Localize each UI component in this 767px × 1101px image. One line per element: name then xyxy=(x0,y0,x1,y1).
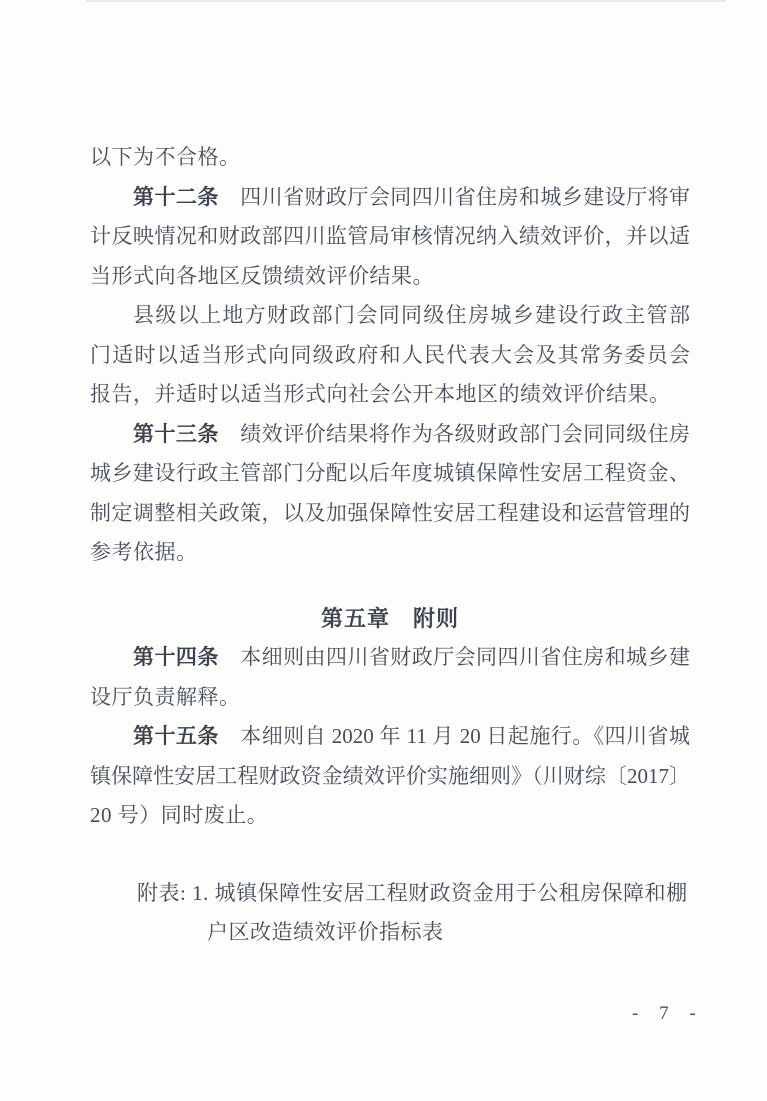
article-number: 第十二条 xyxy=(133,186,219,209)
article-number: 第十五条 xyxy=(133,725,219,748)
text-line: 第十二条 四川省财政厅会同四川省住房和城乡建设厅将审 xyxy=(90,178,690,218)
text-line: 镇保障性安居工程财政资金绩效评价实施细则》（川财综〔2017〕 xyxy=(90,757,690,797)
article-number: 第十三条 xyxy=(133,423,219,446)
text-line: 设厅负责解释。 xyxy=(90,678,690,718)
text-line: 城乡建设行政主管部门分配以后年度城镇保障性安居工程资金、 xyxy=(90,454,690,494)
article-number: 第十四条 xyxy=(133,646,219,669)
text-line: 20 号）同时废止。 xyxy=(90,796,690,836)
chapter-heading: 第五章 附则 xyxy=(90,599,690,639)
document-page: 以下为不合格。第十二条 四川省财政厅会同四川省住房和城乡建设厅将审计反映情况和财… xyxy=(0,0,767,1101)
text-line: 第十四条 本细则由四川省财政厅会同四川省住房和城乡建 xyxy=(90,638,690,678)
text-line: 当形式向各地区反馈绩效评价结果。 xyxy=(90,257,690,297)
text-line: 第十五条 本细则自 2020 年 11 月 20 日起施行。《四川省城 xyxy=(90,717,690,757)
text-line: 户区改造绩效评价指标表 xyxy=(207,913,690,953)
scan-edge-artifact xyxy=(86,0,726,2)
text-line: 制定调整相关政策，以及加强保障性安居工程建设和运营管理的 xyxy=(90,494,690,534)
text-line: 附表: 1. 城镇保障性安居工程财政资金用于公租房保障和棚 xyxy=(137,874,690,914)
page-number: - 7 - xyxy=(632,1003,704,1025)
text-line: 门适时以适当形式向同级政府和人民代表大会及其常务委员会 xyxy=(90,336,690,376)
text-line: 计反映情况和财政部四川监管局审核情况纳入绩效评价，并以适 xyxy=(90,217,690,257)
text-line: 报告，并适时以适当形式向社会公开本地区的绩效评价结果。 xyxy=(90,375,690,415)
text-line: 参考依据。 xyxy=(90,533,690,573)
text-line: 以下为不合格。 xyxy=(90,138,690,178)
text-line: 第十三条 绩效评价结果将作为各级财政部门会同同级住房 xyxy=(90,415,690,455)
document-lines: 以下为不合格。第十二条 四川省财政厅会同四川省住房和城乡建设厅将审计反映情况和财… xyxy=(90,138,690,953)
text-line: 县级以上地方财政部门会同同级住房城乡建设行政主管部 xyxy=(90,296,690,336)
